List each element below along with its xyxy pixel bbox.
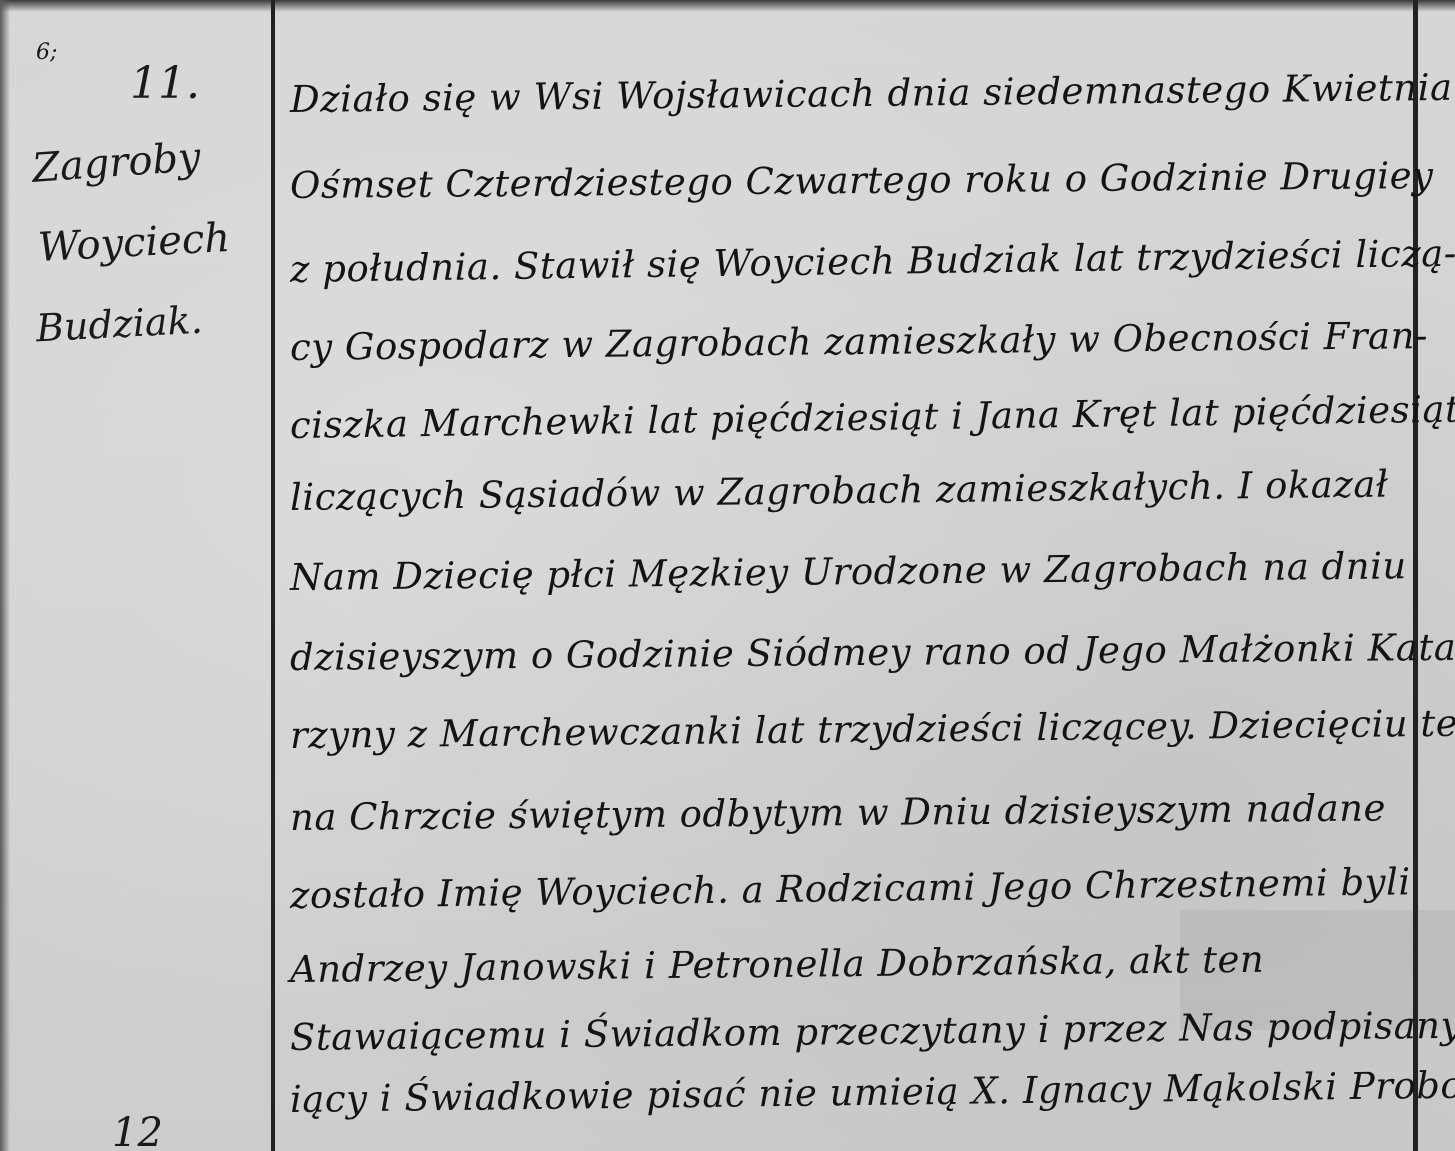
entry-line: Andrzey Janowski i Petronella Dobrzańska…: [290, 938, 1265, 991]
entry-line: Stawaiącemu i Świadkom przeczytany i prz…: [290, 1002, 1455, 1059]
margin-place: Zagroby: [31, 134, 202, 192]
margin-given-name: Woyciech: [37, 215, 231, 271]
entry-line: cy Gospodarz w Zagrobach zamieszkały w O…: [290, 314, 1428, 369]
margin-rule: [271, 0, 275, 1151]
scan-top-edge: [0, 0, 1455, 12]
entry-line: rzyny z Marchewczanki lat trzydzieści li…: [290, 701, 1455, 757]
entry-line: iący i Świadkowie pisać nie umieią X. Ig…: [290, 1063, 1455, 1121]
entry-line: na Chrzcie świętym odbytym w Dniu dzisie…: [290, 786, 1386, 839]
margin-surname: Budziak.: [35, 298, 204, 351]
entry-line: z południa. Stawił się Woyciech Budziak …: [290, 232, 1455, 291]
entry-line: liczących Sąsiadów w Zagrobach zamieszka…: [290, 463, 1389, 519]
scan-left-edge: [0, 0, 10, 1151]
entry-line: ciszka Marchewki lat pięćdziesiąt i Jana…: [290, 388, 1455, 447]
entry-line: Działo się w Wsi Wojsławicach dnia siede…: [290, 64, 1455, 121]
entry-line: zostało Imię Woyciech. a Rodzicami Jego …: [290, 860, 1411, 917]
entry-number: 11.: [130, 58, 200, 109]
corner-mark: 6;: [36, 40, 57, 65]
entry-line: Nam Dziecię płci Męzkiey Urodzone w Zagr…: [290, 544, 1407, 599]
next-entry-number: 12: [112, 1110, 163, 1151]
entry-line: Ośmset Czterdziestego Czwartego roku o G…: [290, 154, 1434, 207]
entry-line: dzisieyszym o Godzinie Siódmey rano od J…: [290, 626, 1455, 679]
register-page: 6; 11. Zagroby Woyciech Budziak. 12 Dzia…: [0, 0, 1455, 1151]
